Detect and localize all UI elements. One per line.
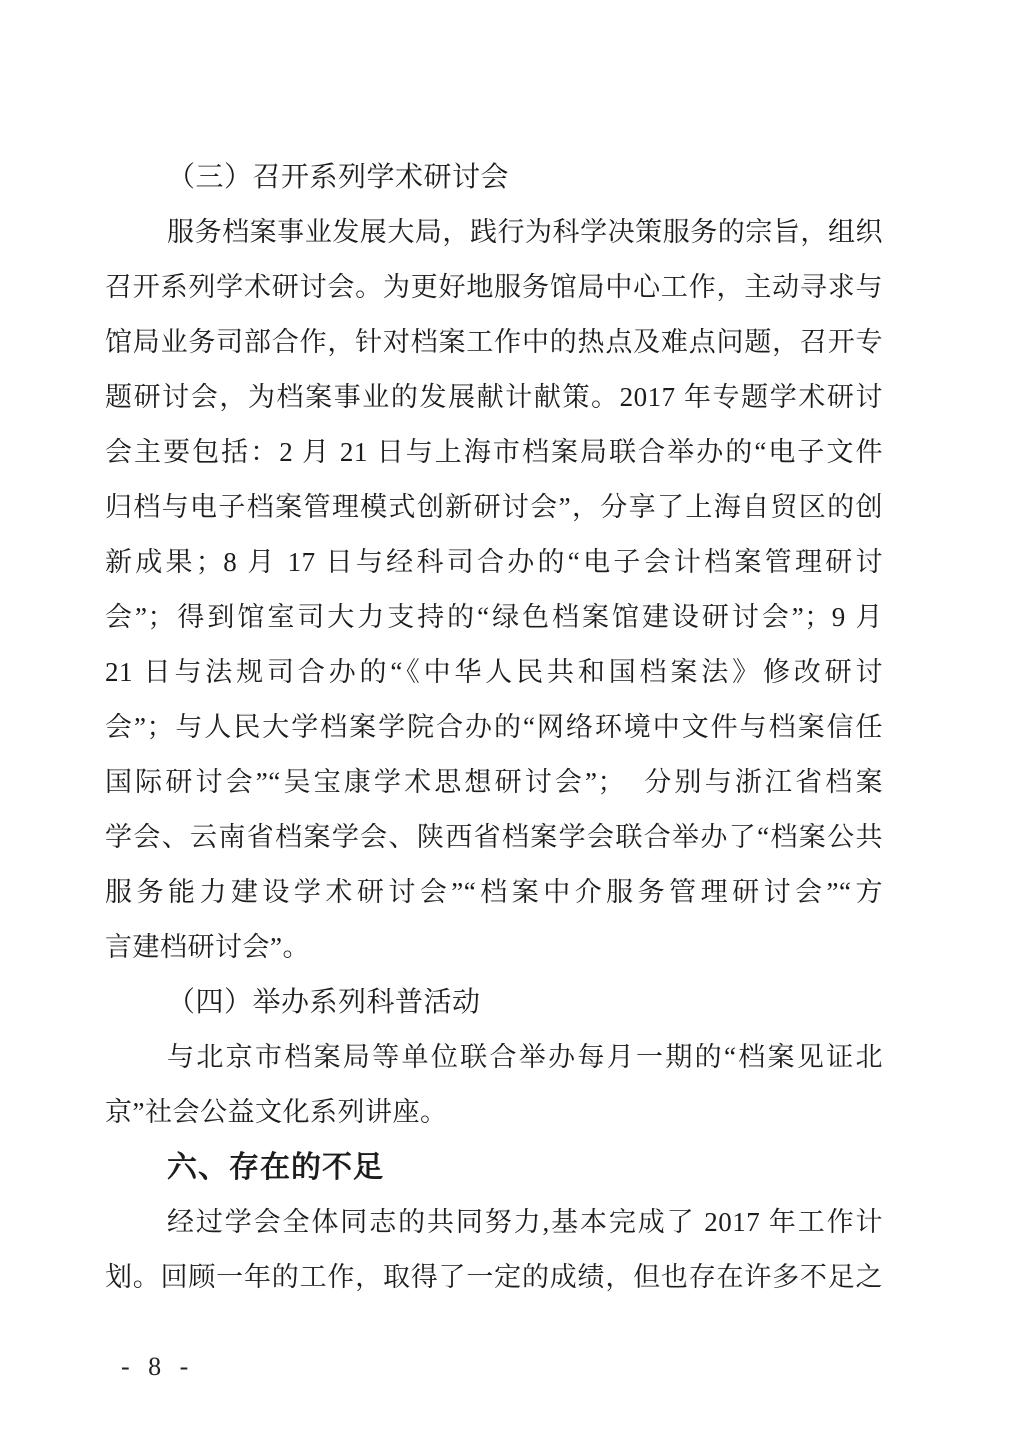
paragraph-line: 服务能力建设学术研讨会”“档案中介服务管理研讨会”“方 [105, 865, 883, 920]
paragraph-line: 学会、云南省档案学会、陕西省档案学会联合举办了“档案公共 [105, 810, 883, 865]
paragraph-line: 馆局业务司部合作，针对档案工作中的热点及难点问题，召开专 [105, 315, 883, 370]
paragraph-line: 归档与电子档案管理模式创新研讨会”，分享了上海自贸区的创 [105, 480, 883, 535]
subsection-heading: （三）召开系列学术研讨会 [105, 150, 883, 205]
paragraph-line: 新成果；8 月 17 日与经科司合办的“电子会计档案管理研讨 [105, 535, 883, 590]
section-heading: 六、存在的不足 [105, 1140, 883, 1195]
paragraph-line: 划。回顾一年的工作，取得了一定的成绩，但也存在许多不足之 [105, 1250, 883, 1305]
page-footer: - 8 - [121, 1347, 194, 1387]
document-content: （三）召开系列学术研讨会服务档案事业发展大局，践行为科学决策服务的宗旨，组织召开… [105, 150, 883, 1305]
paragraph-line: 服务档案事业发展大局，践行为科学决策服务的宗旨，组织 [105, 205, 883, 260]
subsection-heading: （四）举办系列科普活动 [105, 975, 883, 1030]
paragraph-line: 言建档研讨会”。 [105, 920, 883, 975]
paragraph-line: 21 日与法规司合办的“《中华人民共和国档案法》修改研讨 [105, 645, 883, 700]
paragraph-line: 国际研讨会”“吴宝康学术思想研讨会”； 分别与浙江省档案 [105, 755, 883, 810]
paragraph-line: 会”；与人民大学档案学院合办的“网络环境中文件与档案信任 [105, 700, 883, 755]
document-page: （三）召开系列学术研讨会服务档案事业发展大局，践行为科学决策服务的宗旨，组织召开… [0, 0, 1020, 1455]
page-number: - 8 - [121, 1352, 194, 1381]
paragraph-line: 会主要包括：2 月 21 日与上海市档案局联合举办的“电子文件 [105, 425, 883, 480]
paragraph-line: 经过学会全体同志的共同努力,基本完成了 2017 年工作计 [105, 1195, 883, 1250]
paragraph-line: 题研讨会，为档案事业的发展献计献策。2017 年专题学术研讨 [105, 370, 883, 425]
paragraph-line: 会”；得到馆室司大力支持的“绿色档案馆建设研讨会”；9 月 [105, 590, 883, 645]
paragraph-line: 京”社会公益文化系列讲座。 [105, 1085, 883, 1140]
paragraph-line: 与北京市档案局等单位联合举办每月一期的“档案见证北 [105, 1030, 883, 1085]
paragraph-line: 召开系列学术研讨会。为更好地服务馆局中心工作，主动寻求与 [105, 260, 883, 315]
